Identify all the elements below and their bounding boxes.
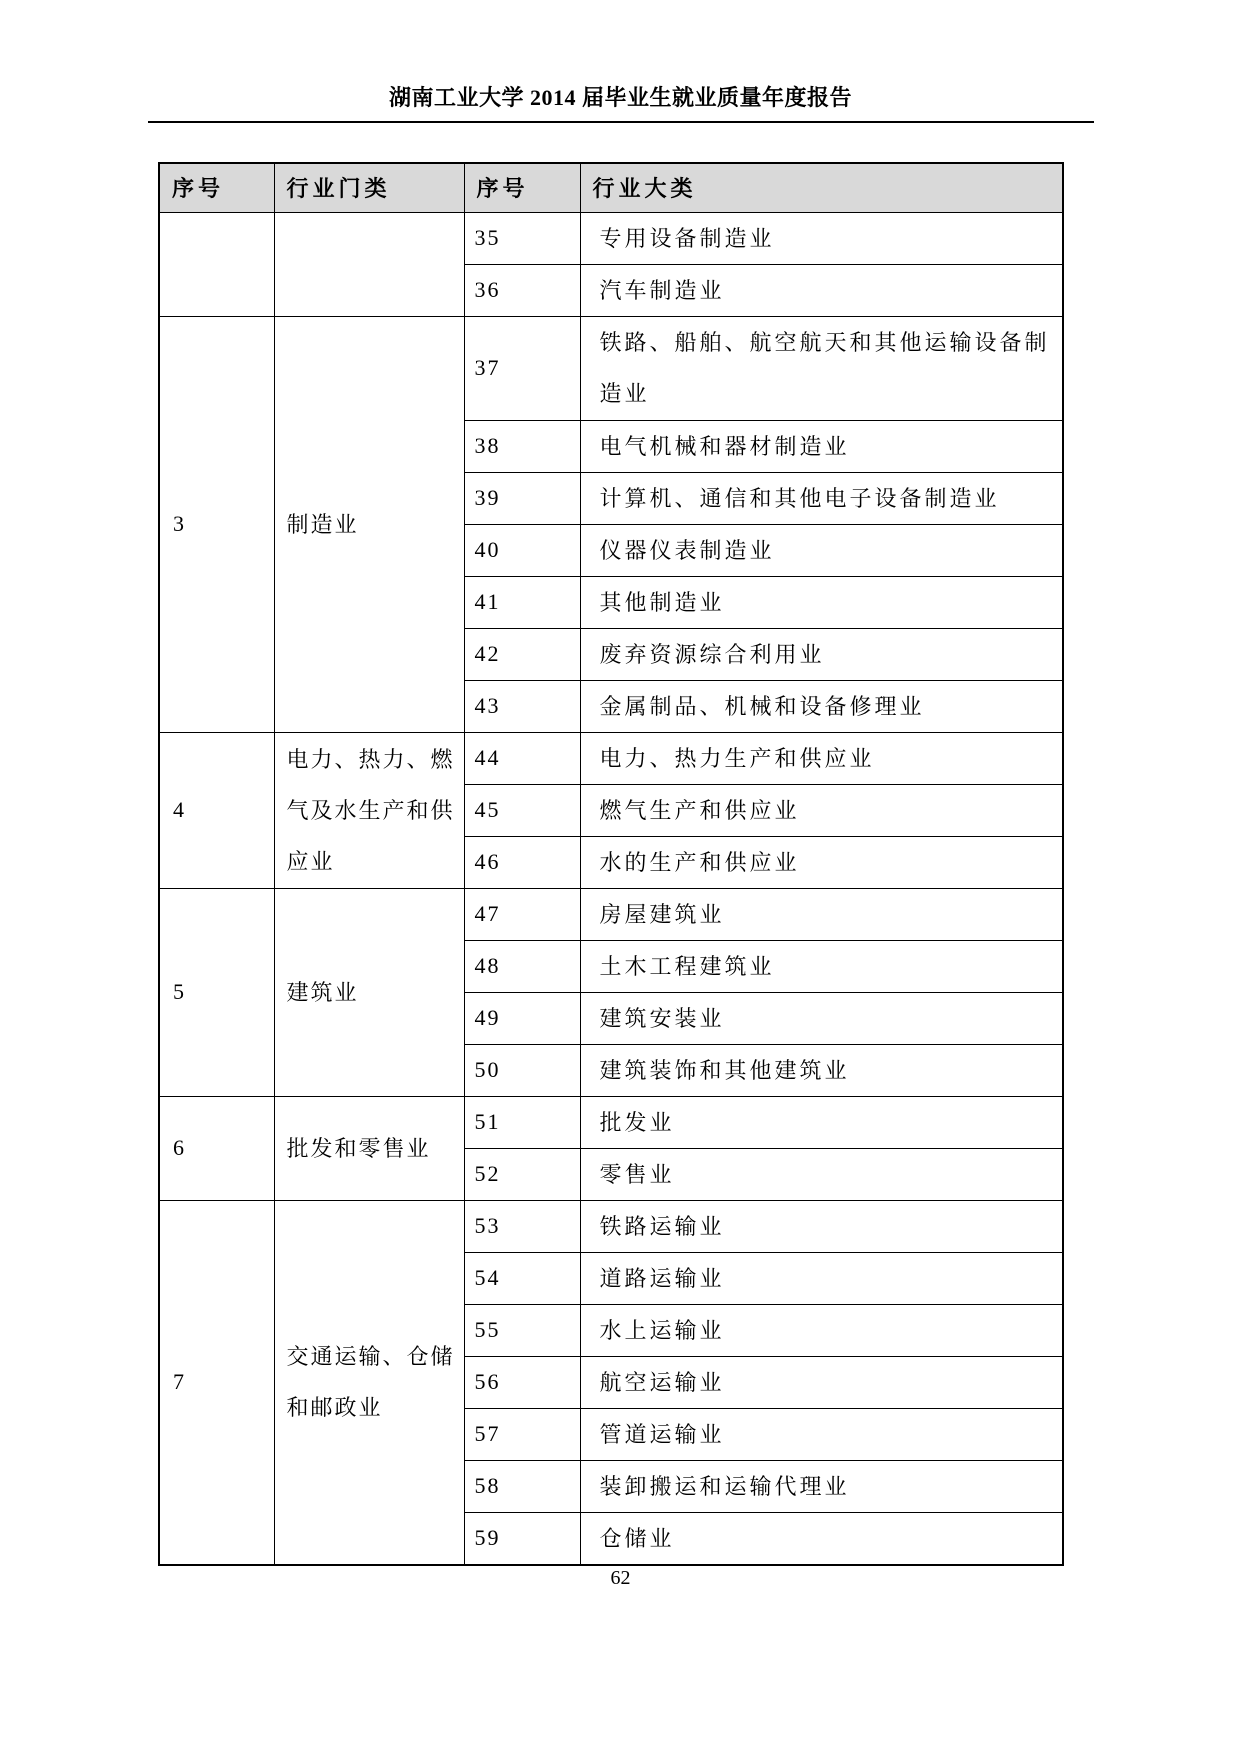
page-number: 62: [0, 1567, 1241, 1590]
industry-code-cell: 35: [464, 212, 580, 264]
industry-code-cell: 47: [464, 888, 580, 940]
group-serial-cell: [159, 212, 274, 316]
industry-code-cell: 38: [464, 420, 580, 472]
column-header-serial-2: 序号: [464, 163, 580, 212]
industry-code-cell: 55: [464, 1304, 580, 1356]
industry-name-cell: 房屋建筑业: [580, 888, 1063, 940]
industry-code-cell: 50: [464, 1044, 580, 1096]
industry-code-cell: 57: [464, 1408, 580, 1460]
industry-name-cell: 汽车制造业: [580, 264, 1063, 316]
industry-code-cell: 49: [464, 992, 580, 1044]
report-title: 湖南工业大学 2014 届毕业生就业质量年度报告: [0, 83, 1241, 113]
group-category-cell: 电力、热力、燃气及水生产和供应业: [274, 732, 464, 888]
industry-code-cell: 51: [464, 1096, 580, 1148]
industry-name-cell: 电气机械和器材制造业: [580, 420, 1063, 472]
group-category-cell: [274, 212, 464, 316]
table-row: 3 制造业 37 铁路、船舶、航空航天和其他运输设备制造业: [159, 316, 1063, 420]
industry-code-cell: 44: [464, 732, 580, 784]
industry-name-cell: 装卸搬运和运输代理业: [580, 1460, 1063, 1512]
industry-name-cell: 水上运输业: [580, 1304, 1063, 1356]
group-serial-cell: 3: [159, 316, 274, 732]
industry-name-cell: 铁路、船舶、航空航天和其他运输设备制造业: [580, 316, 1063, 420]
industry-name-cell: 批发业: [580, 1096, 1063, 1148]
industry-code-cell: 39: [464, 472, 580, 524]
table-row: 4 电力、热力、燃气及水生产和供应业 44 电力、热力生产和供应业: [159, 732, 1063, 784]
industry-code-cell: 52: [464, 1148, 580, 1200]
title-divider-rule: [148, 121, 1094, 123]
group-serial-cell: 7: [159, 1200, 274, 1565]
industry-code-cell: 56: [464, 1356, 580, 1408]
industry-name-cell: 仓储业: [580, 1512, 1063, 1565]
industry-code-cell: 36: [464, 264, 580, 316]
industry-code-cell: 53: [464, 1200, 580, 1252]
industry-code-cell: 58: [464, 1460, 580, 1512]
industry-name-cell: 建筑安装业: [580, 992, 1063, 1044]
industry-code-cell: 48: [464, 940, 580, 992]
column-header-serial-1: 序号: [159, 163, 274, 212]
table-row: 7 交通运输、仓储和邮政业 53 铁路运输业: [159, 1200, 1063, 1252]
group-serial-cell: 5: [159, 888, 274, 1096]
table-row: 5 建筑业 47 房屋建筑业: [159, 888, 1063, 940]
industry-code-cell: 41: [464, 576, 580, 628]
industry-name-cell: 航空运输业: [580, 1356, 1063, 1408]
industry-code-cell: 42: [464, 628, 580, 680]
industry-name-cell: 其他制造业: [580, 576, 1063, 628]
group-serial-cell: 4: [159, 732, 274, 888]
industry-name-cell: 建筑装饰和其他建筑业: [580, 1044, 1063, 1096]
industry-name-cell: 电力、热力生产和供应业: [580, 732, 1063, 784]
industry-name-cell: 燃气生产和供应业: [580, 784, 1063, 836]
table-header-row: 序号 行业门类 序号 行业大类: [159, 163, 1063, 212]
industry-code-cell: 43: [464, 680, 580, 732]
industry-name-cell: 铁路运输业: [580, 1200, 1063, 1252]
industry-code-cell: 40: [464, 524, 580, 576]
industry-name-cell: 管道运输业: [580, 1408, 1063, 1460]
table-row: 6 批发和零售业 51 批发业: [159, 1096, 1063, 1148]
industry-name-cell: 零售业: [580, 1148, 1063, 1200]
industry-classification-table: 序号 行业门类 序号 行业大类 35 专用设备制造业 36 汽车制造业 3 制造…: [158, 162, 1064, 1566]
industry-name-cell: 土木工程建筑业: [580, 940, 1063, 992]
column-header-industry-category: 行业门类: [274, 163, 464, 212]
industry-name-cell: 仪器仪表制造业: [580, 524, 1063, 576]
industry-code-cell: 45: [464, 784, 580, 836]
industry-code-cell: 54: [464, 1252, 580, 1304]
group-category-cell: 批发和零售业: [274, 1096, 464, 1200]
table-row: 35 专用设备制造业: [159, 212, 1063, 264]
industry-name-cell: 金属制品、机械和设备修理业: [580, 680, 1063, 732]
industry-name-cell: 计算机、通信和其他电子设备制造业: [580, 472, 1063, 524]
industry-code-cell: 59: [464, 1512, 580, 1565]
industry-name-cell: 专用设备制造业: [580, 212, 1063, 264]
industry-code-cell: 37: [464, 316, 580, 420]
industry-name-cell: 道路运输业: [580, 1252, 1063, 1304]
industry-name-cell: 废弃资源综合利用业: [580, 628, 1063, 680]
group-category-cell: 建筑业: [274, 888, 464, 1096]
industry-code-cell: 46: [464, 836, 580, 888]
group-category-cell: 交通运输、仓储和邮政业: [274, 1200, 464, 1565]
column-header-industry-major-class: 行业大类: [580, 163, 1063, 212]
group-category-cell: 制造业: [274, 316, 464, 732]
industry-name-cell: 水的生产和供应业: [580, 836, 1063, 888]
group-serial-cell: 6: [159, 1096, 274, 1200]
